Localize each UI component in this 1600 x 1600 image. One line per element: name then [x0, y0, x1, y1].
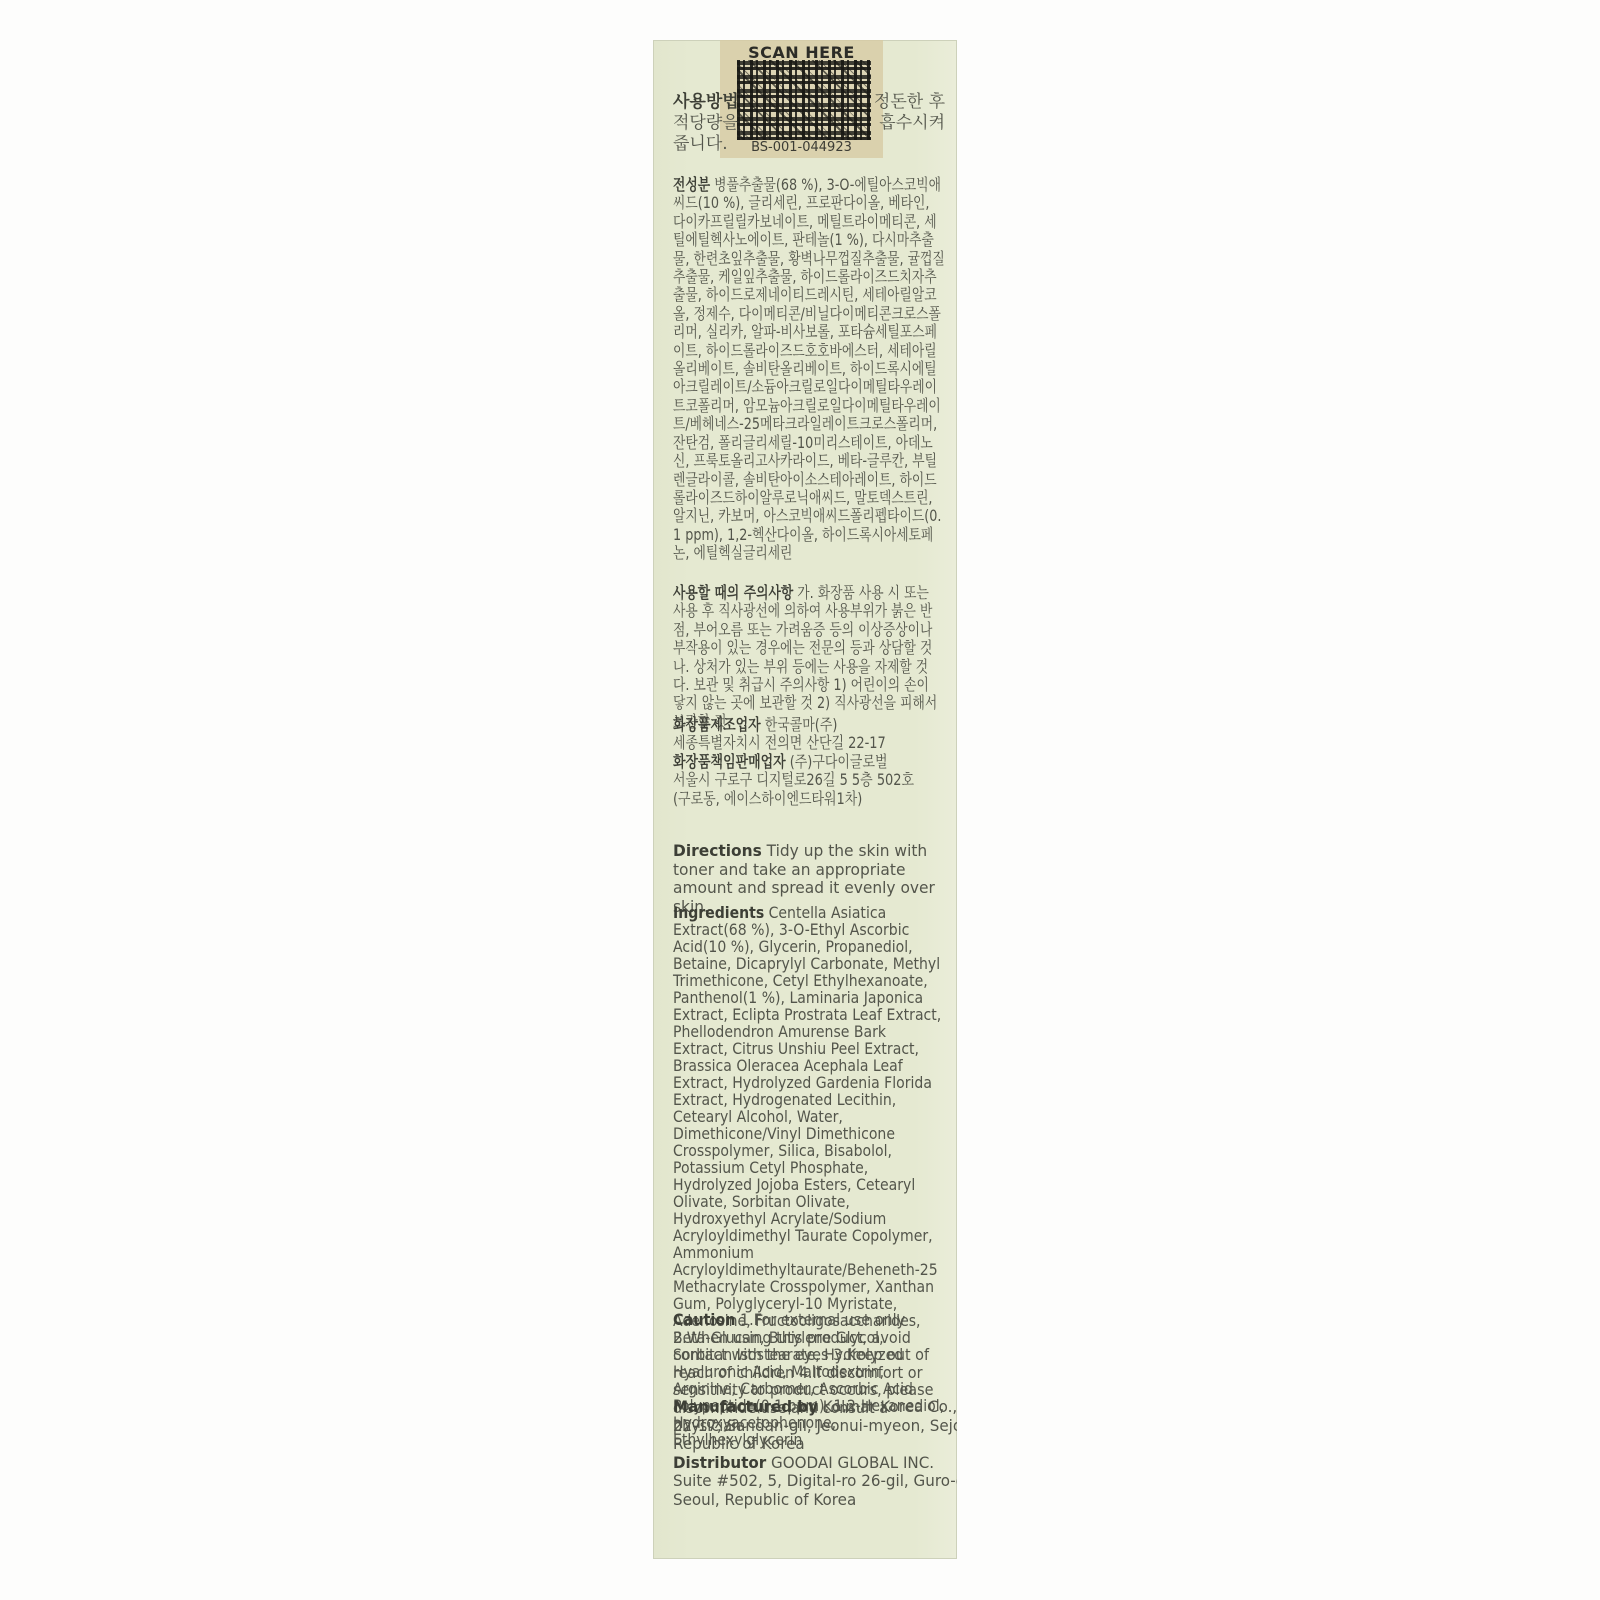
seller-ko-label: 화장품책임판매업자	[673, 752, 786, 771]
maker-ko-text: 한국콜마(주)	[765, 715, 838, 734]
ingredients-ko-text: 병풀추출물(68 %), 3-O-에틸아스코빅애씨드(10 %), 글리세린, …	[673, 175, 945, 562]
product-box-back-panel: SCAN HERE BS-001-044923 사용방법 정돈한 후 적당량을 …	[653, 40, 957, 1559]
manufacturer-en-line: Suite #502, 5, Digital-ro 26-gil, Guro-g…	[673, 1472, 945, 1491]
qr-code-icon	[737, 60, 871, 140]
usage-line2-right: 흡수시켜	[879, 113, 945, 134]
manufacturer-en-line: Seoul, Republic of Korea	[673, 1491, 945, 1510]
maker-ko-line: 세종특별자치시 전의면 산단길 22-17	[673, 734, 945, 752]
manufacturer-en-line: DistributorGOODAI GLOBAL INC.	[673, 1454, 945, 1473]
manufactured-by-label: Manufactured by	[673, 1397, 818, 1416]
caution-ko: 사용할 때의 주의사항가. 화장품 사용 시 또는 사용 후 직사광선에 의하여…	[673, 584, 945, 731]
manufacturer-en-line: Republic of Korea	[673, 1435, 945, 1454]
caution-ko-label: 사용할 때의 주의사항	[673, 583, 793, 602]
usage-heading: 사용방법	[673, 92, 739, 113]
manufacturer-en-line: Manufactured byKolmar Korea Co., Ltd.	[673, 1398, 945, 1417]
manufacturer-en: Manufactured byKolmar Korea Co., Ltd. 22…	[673, 1398, 945, 1509]
usage-line2-left: 적당량을	[673, 113, 739, 134]
maker-ko-line: (구로동, 에이스하이엔드타워1차)	[673, 790, 945, 808]
distributor-label: Distributor	[673, 1453, 766, 1472]
ingredients-ko: 전성분병풀추출물(68 %), 3-O-에틸아스코빅애씨드(10 %), 글리세…	[673, 176, 945, 563]
ingredients-ko-label: 전성분	[673, 175, 710, 194]
maker-ko-line: 화장품제조업자한국콜마(주)	[673, 716, 945, 734]
manufacturer-en-line: 22-17, Sandan-gil, Jeonui-myeon, Sejong-…	[673, 1417, 945, 1436]
maker-ko-label: 화장품제조업자	[673, 715, 761, 734]
maker-ko-line: 서울시 구로구 디지털로26길 5 5층 502호	[673, 771, 945, 789]
usage-line1-right: 정돈한 후	[874, 92, 945, 113]
directions-label: Directions	[673, 841, 762, 860]
caution-ko-text: 가. 화장품 사용 시 또는 사용 후 직사광선에 의하여 사용부위가 붉은 반…	[673, 583, 937, 731]
manufacturer-ko: 화장품제조업자한국콜마(주) 세종특별자치시 전의면 산단길 22-17 화장품…	[673, 716, 945, 808]
caution-en-label: Caution	[673, 1310, 736, 1329]
maker-ko-line: 화장품책임판매업자(주)구다이글로벌	[673, 753, 945, 771]
